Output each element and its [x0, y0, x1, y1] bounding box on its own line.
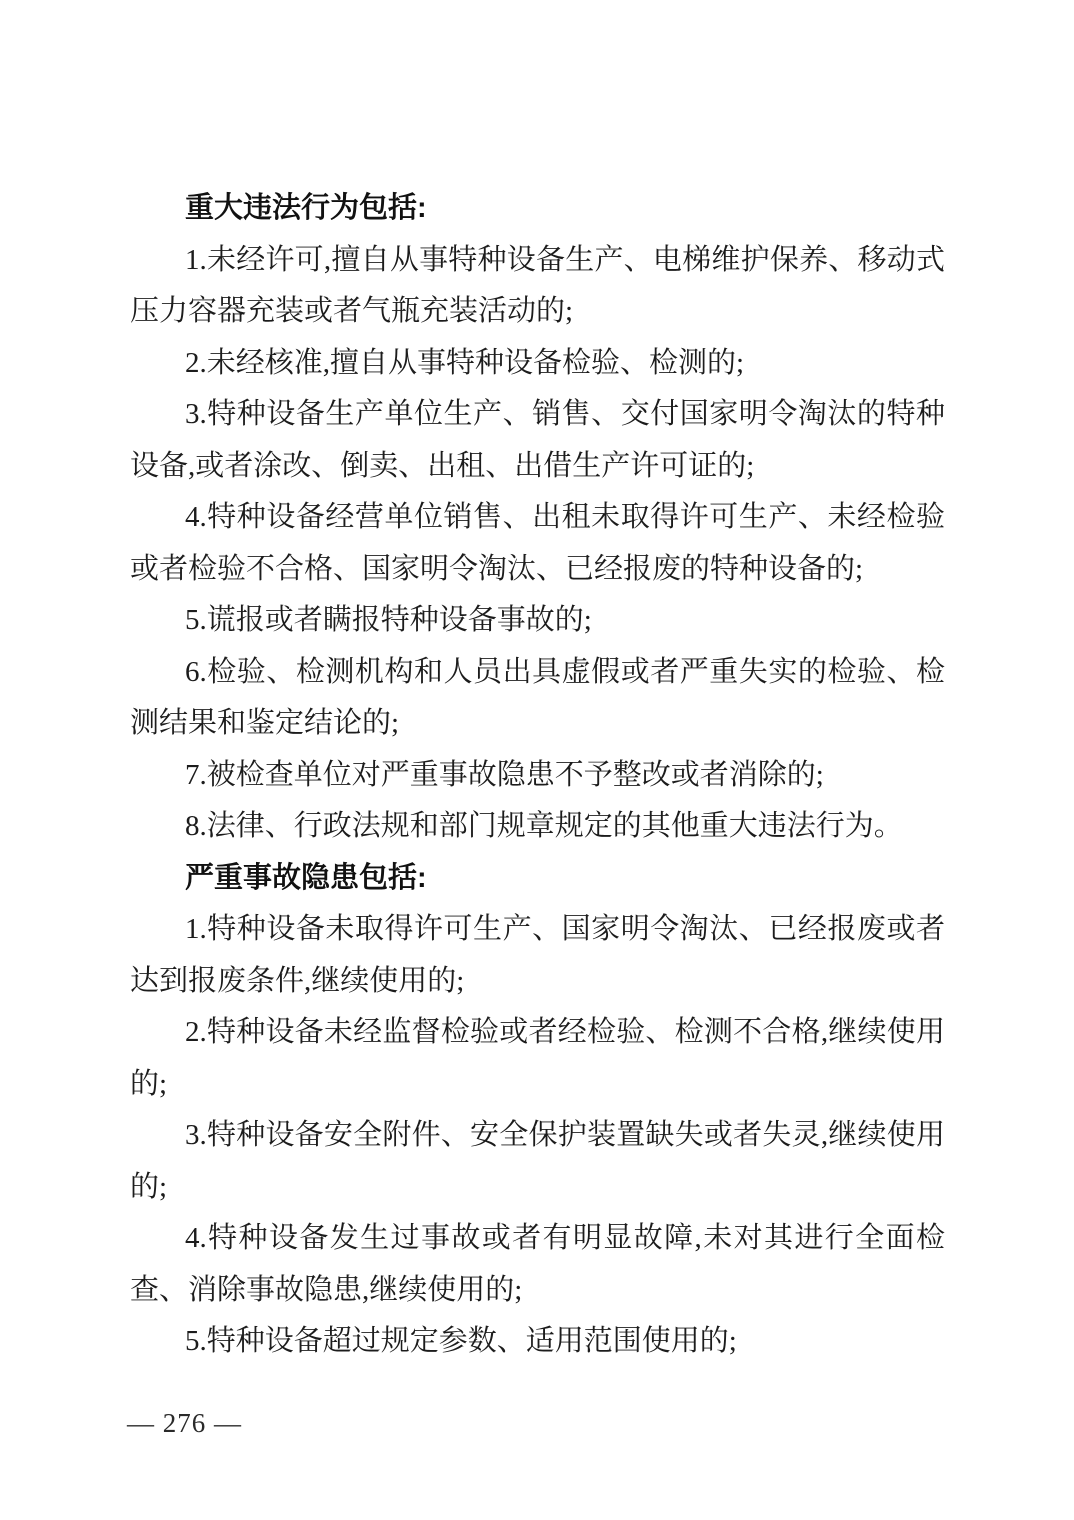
section-heading-major-violations: 重大违法行为包括: — [130, 183, 945, 235]
list-item: 7.被检查单位对严重事故隐患不予整改或者消除的; — [130, 750, 945, 802]
list-item: 2.特种设备未经监督检验或者经检验、检测不合格,继续使用的; — [130, 1007, 945, 1110]
page-number: — 276 — — [127, 1408, 242, 1438]
section-heading-serious-hazards: 严重事故隐患包括: — [130, 853, 945, 905]
document-page: 重大违法行为包括: 1.未经许可,擅自从事特种设备生产、电梯维护保养、移动式压力… — [0, 0, 1074, 1520]
list-item: 3.特种设备生产单位生产、销售、交付国家明令淘汰的特种设备,或者涂改、倒卖、出租… — [130, 389, 945, 492]
list-item: 1.未经许可,擅自从事特种设备生产、电梯维护保养、移动式压力容器充装或者气瓶充装… — [130, 235, 945, 338]
list-item: 5.特种设备超过规定参数、适用范围使用的; — [130, 1316, 945, 1368]
list-item: 2.未经核准,擅自从事特种设备检验、检测的; — [130, 338, 945, 390]
list-item: 4.特种设备发生过事故或者有明显故障,未对其进行全面检查、消除事故隐患,继续使用… — [130, 1213, 945, 1316]
list-item: 8.法律、行政法规和部门规章规定的其他重大违法行为。 — [130, 801, 945, 853]
list-item: 3.特种设备安全附件、安全保护装置缺失或者失灵,继续使用的; — [130, 1110, 945, 1213]
list-item: 5.谎报或者瞒报特种设备事故的; — [130, 595, 945, 647]
document-content: 重大违法行为包括: 1.未经许可,擅自从事特种设备生产、电梯维护保养、移动式压力… — [130, 183, 945, 1368]
list-item: 6.检验、检测机构和人员出具虚假或者严重失实的检验、检测结果和鉴定结论的; — [130, 647, 945, 750]
list-item: 4.特种设备经营单位销售、出租未取得许可生产、未经检验或者检验不合格、国家明令淘… — [130, 492, 945, 595]
page-footer: — 276 — — [127, 1406, 242, 1440]
list-item: 1.特种设备未取得许可生产、国家明令淘汰、已经报废或者达到报废条件,继续使用的; — [130, 904, 945, 1007]
